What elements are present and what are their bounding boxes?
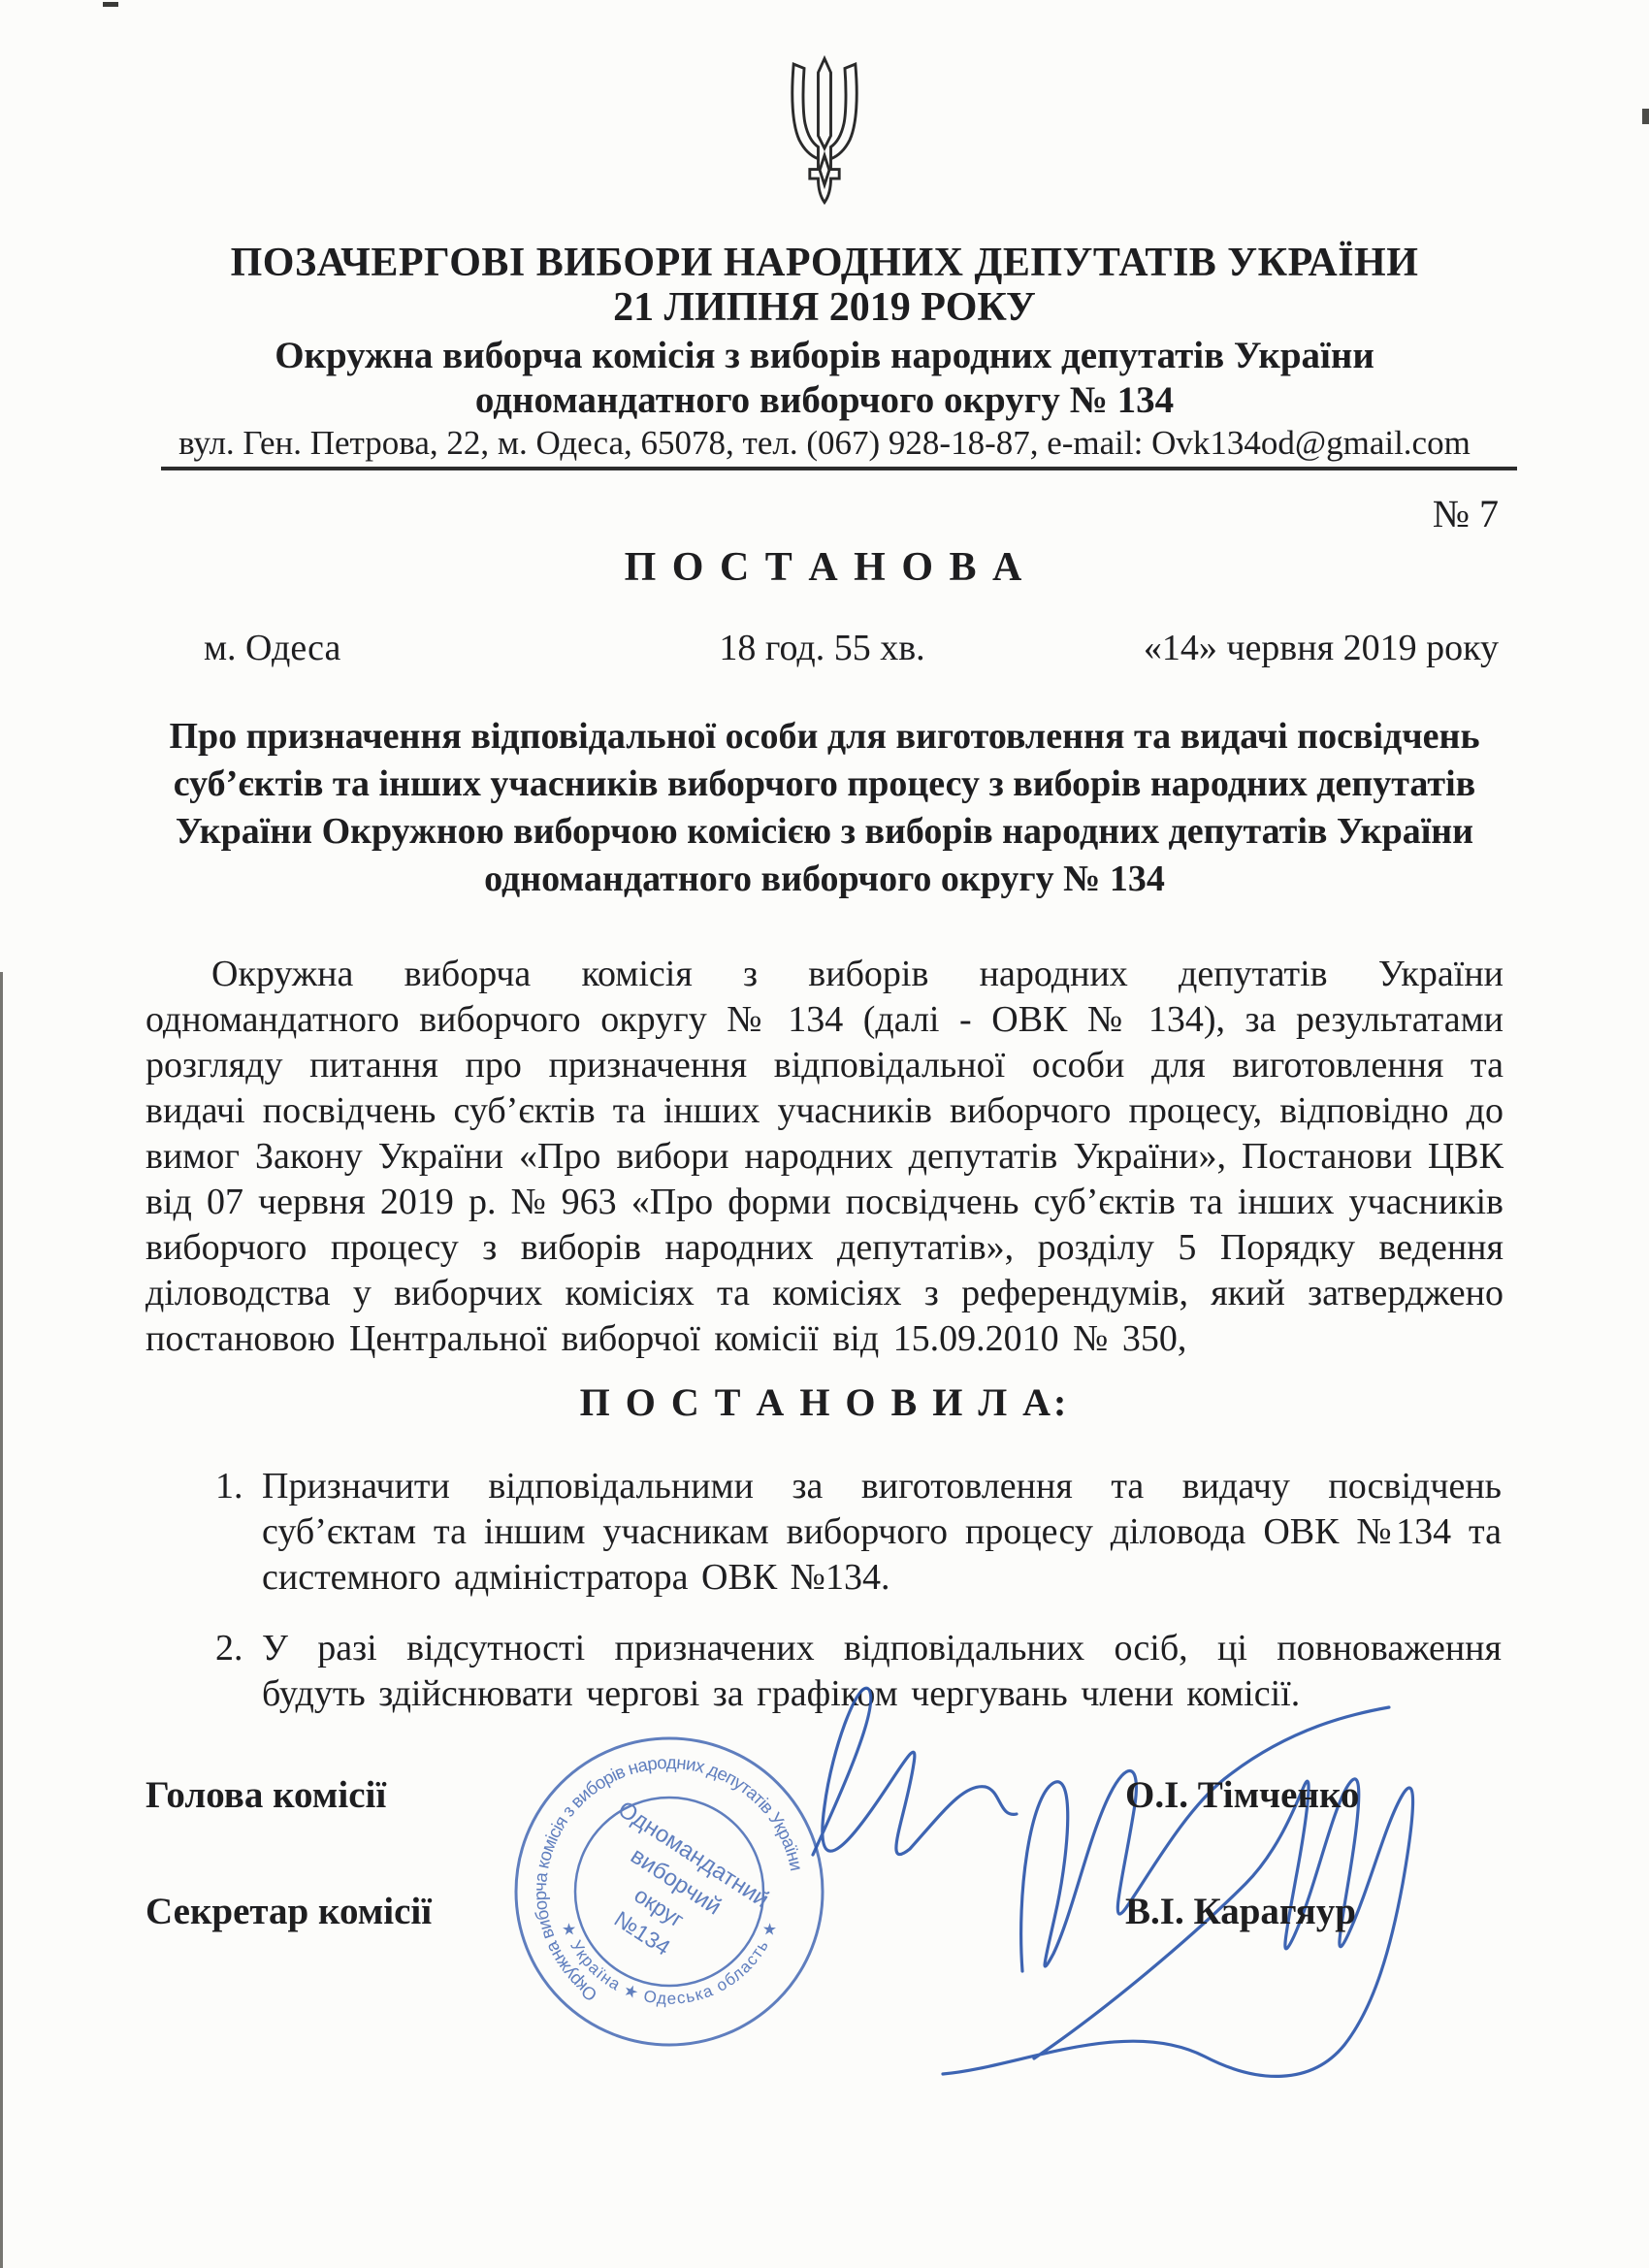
resolution-list: 1. Призначити відповідальними за виготов… [0, 1464, 1649, 1717]
item-text: Призначити відповідальними за виготовлен… [262, 1464, 1502, 1601]
election-date: 21 ЛИПНЯ 2019 РОКУ [0, 285, 1649, 330]
time-label: 18 год. 55 хв. [597, 626, 1048, 670]
commission-name: Окружна виборча комісія з виборів народн… [0, 334, 1649, 378]
ukraine-trident-icon [0, 54, 1649, 211]
item-number: 1. [215, 1464, 262, 1601]
district-line: одномандатного виборчого округу № 134 [0, 378, 1649, 423]
body-paragraph: Окружна виборча комісія з виборів народн… [0, 952, 1649, 1362]
signature-role-chairman: Голова комісії [145, 1773, 386, 1818]
signature-row: Голова комісії О.І. Тімченко [145, 1773, 1503, 1818]
subject-title: Про призначення відповідальної особи для… [0, 713, 1649, 903]
signature-name-secretary: В.І. Карагяур [1125, 1890, 1503, 1934]
election-title: ПОЗАЧЕРГОВІ ВИБОРИ НАРОДНИХ ДЕПУТАТІВ УК… [0, 241, 1649, 285]
document-page: ПОЗАЧЕРГОВІ ВИБОРИ НАРОДНИХ ДЕПУТАТІВ УК… [0, 0, 1649, 2268]
scan-corner-artifact [103, 2, 118, 7]
meta-row: м. Одеса 18 год. 55 хв. «14» червня 2019… [0, 626, 1649, 670]
list-item: 1. Призначити відповідальними за виготов… [215, 1464, 1502, 1601]
signature-name-chairman: О.І. Тімченко [1125, 1773, 1503, 1818]
list-item: 2. У разі відсутності призначених відпов… [215, 1626, 1502, 1717]
item-number: 2. [215, 1626, 262, 1717]
signature-row: Секретар комісії В.І. Карагяур [145, 1890, 1503, 1934]
scan-edge-artifact [0, 972, 3, 2268]
document-number: № 7 [0, 492, 1649, 536]
scan-corner-artifact [1642, 109, 1649, 124]
signature-block: Голова комісії О.І. Тімченко Секретар ко… [0, 1773, 1649, 1934]
header-divider [161, 467, 1517, 470]
document-header: ПОЗАЧЕРГОВІ ВИБОРИ НАРОДНИХ ДЕПУТАТІВ УК… [0, 0, 1649, 464]
resolved-heading: П О С Т А Н О В И Л А: [0, 1379, 1649, 1425]
item-text: У разі відсутності призначених відповіда… [262, 1626, 1502, 1717]
place-label: м. Одеса [145, 626, 597, 670]
document-type-heading: П О С Т А Н О В А [0, 544, 1649, 591]
address-line: вул. Ген. Петрова, 22, м. Одеса, 65078, … [0, 423, 1649, 464]
signature-role-secretary: Секретар комісії [145, 1890, 432, 1934]
date-label: «14» червня 2019 року [1048, 626, 1499, 670]
